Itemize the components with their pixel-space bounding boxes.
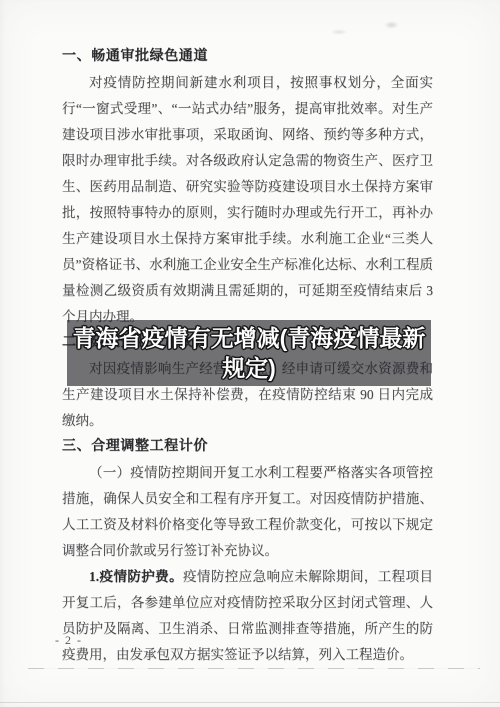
banner-title-line-2: 规定) <box>222 353 276 383</box>
scan-smudge-artifact <box>330 29 348 35</box>
section-1-paragraph: 对疫情防控期间新建水利项目，按照事权划分，全面实行“一窗式受理”、“一站式办结”… <box>62 70 433 330</box>
banner-title-line-1: 青海省疫情有无增减(青海疫情最新 <box>73 323 426 353</box>
scan-smudge-artifact <box>384 21 399 29</box>
scan-edge-bottom-line <box>0 702 500 703</box>
section-3-paragraph-1: （一）疫情防控期间开复工水利工程要严格落实各项管控措施，确保人员安全和工程有序开… <box>62 460 433 564</box>
page-number: - 2 - <box>55 633 83 648</box>
section-1-heading: 一、畅通审批绿色通道 <box>62 44 433 70</box>
section-3-subitem-1: 1.疫情防护费。疫情防控应急响应未解除期间，工程项目开复工后，各参建单位应对疫情… <box>62 564 433 668</box>
scan-edge-dashed-line <box>28 668 480 669</box>
watermark-title-banner: 青海省疫情有无增减(青海疫情最新 规定) <box>67 320 431 386</box>
subitem-lead-label: 1.疫情防护费。 <box>89 569 183 584</box>
scanned-document-page: 一、畅通审批绿色通道 对疫情防控期间新建水利项目，按照事权划分，全面实行“一窗式… <box>0 0 500 707</box>
section-3-heading: 三、合理调整工程计价 <box>62 434 433 460</box>
